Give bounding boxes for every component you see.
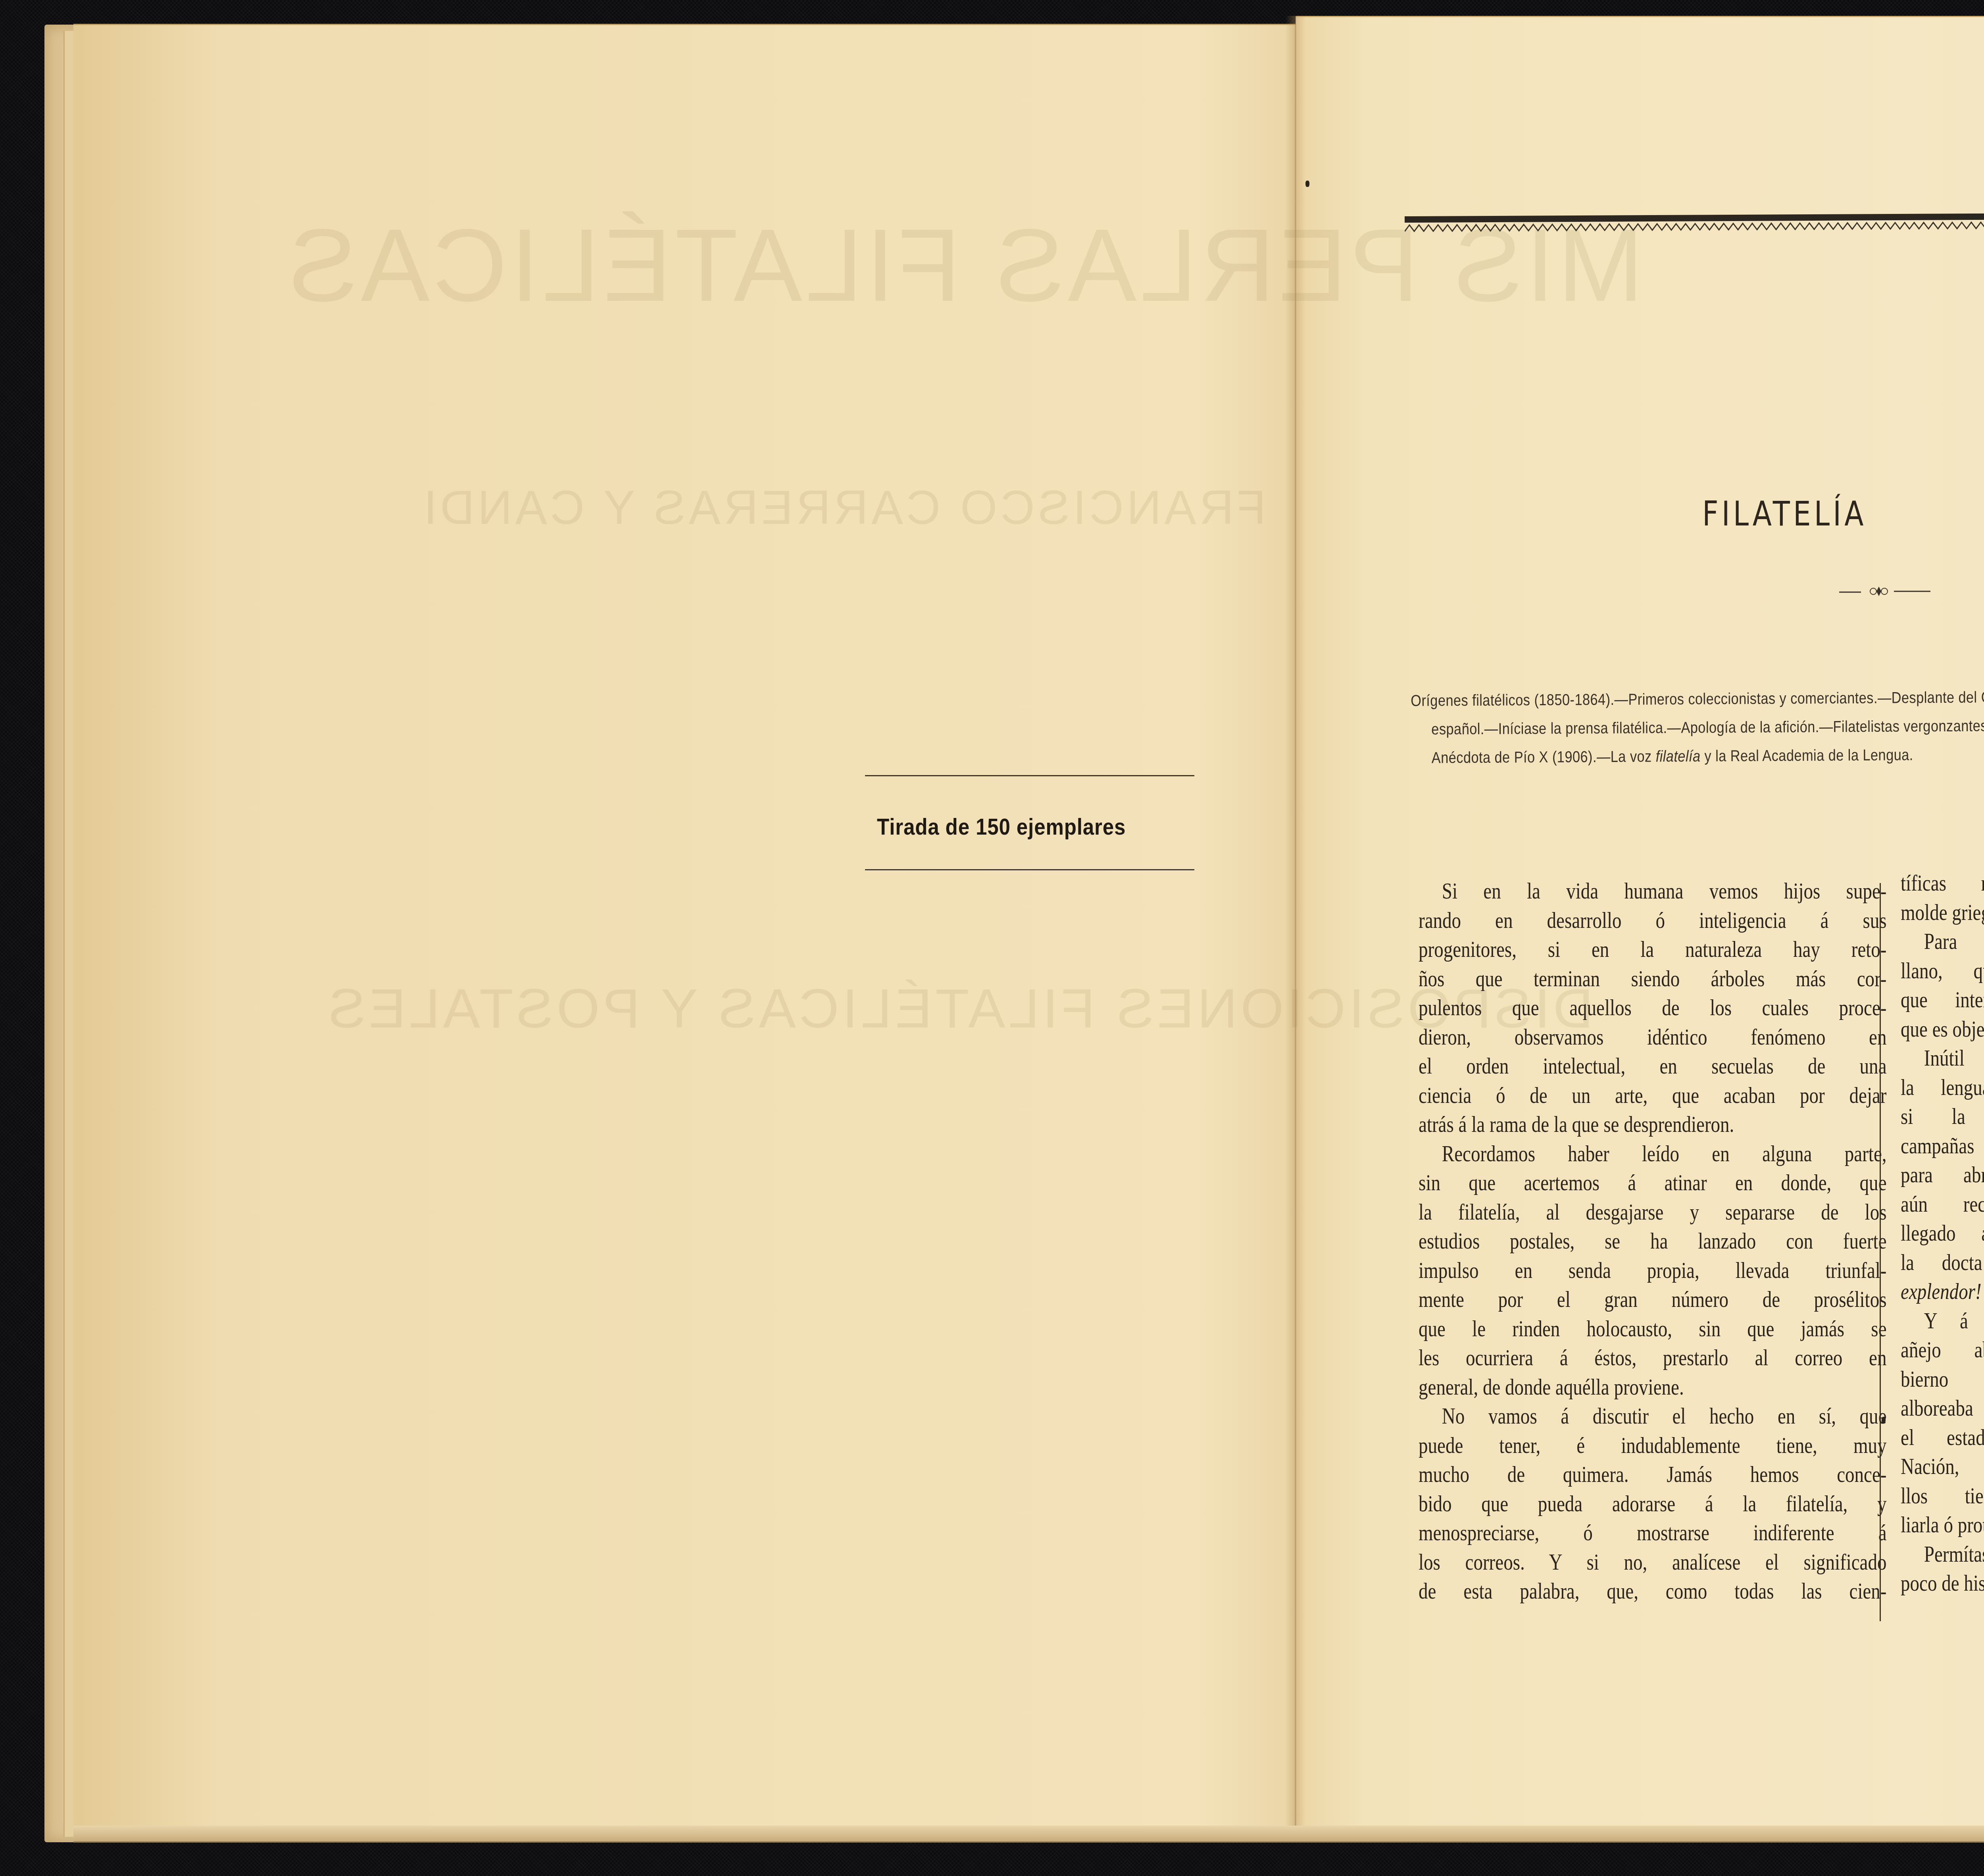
text-line: añejo abolengo. Ella mereció que el go- bbox=[1901, 1336, 1984, 1365]
text-line: Permítasenos como digresión, hacer un bbox=[1901, 1540, 1984, 1570]
column-divider bbox=[1880, 883, 1881, 1621]
text-line: Recordamos haber leído en alguna parte, bbox=[1419, 1140, 1887, 1169]
text-line: llano, que posee léxico oficial, lo prim… bbox=[1901, 957, 1984, 986]
text-line: llegado á obtener, que pise los umbrales… bbox=[1901, 1219, 1984, 1249]
text-line: si la conocen, la menosprecian. Cuantas bbox=[1901, 1103, 1984, 1132]
summary-line-2: español.—Iníciase la prensa filatélica.—… bbox=[1411, 710, 1984, 744]
text-line: mente por el gran número de prosélitos bbox=[1419, 1285, 1887, 1315]
text-line: ños que terminan siendo árboles más cor- bbox=[1419, 965, 1887, 994]
text-line: aún recabarle protección oficial, sin ha… bbox=[1901, 1190, 1984, 1220]
bottom-page-edges bbox=[73, 1826, 1984, 1843]
text-line: estudios postales, se ha lanzado con fue… bbox=[1419, 1227, 1887, 1256]
text-line: menospreciarse, ó mostrarse indiferente … bbox=[1419, 1519, 1887, 1548]
text-line: explendor! bbox=[1901, 1278, 1984, 1307]
text-line: Nación, lo que hizo el legislador, en aq… bbox=[1901, 1453, 1984, 1482]
rule-bottom bbox=[865, 869, 1194, 870]
text-line: progenitores, si en la naturaleza hay re… bbox=[1419, 935, 1887, 965]
rule-top bbox=[865, 775, 1194, 776]
ink-speck bbox=[1882, 1417, 1886, 1423]
chapter-title: FILATELÍA bbox=[1702, 494, 1963, 534]
body-column-right: tíficas modernas, ha sido vaciada en el … bbox=[1901, 869, 1984, 1599]
text-line: Inútil empresa: para los académicos de bbox=[1901, 1044, 1984, 1074]
chapter-summary: Orígenes filatélicos (1850-1864).—Primer… bbox=[1411, 681, 1984, 772]
summary-line-3: Anécdota de Pío X (1906).—La voz filatel… bbox=[1411, 739, 1984, 772]
text-line: No vamos á discutir el hecho en sí, que bbox=[1419, 1402, 1887, 1432]
text-line: que le rinden holocausto, sin que jamás … bbox=[1419, 1315, 1887, 1344]
academy-motto-italic: explendor! bbox=[1901, 1280, 1982, 1304]
summary-text: y la Real Academia de la Lengua. bbox=[1700, 746, 1913, 765]
text-line: Y á fe que la filatelía es en España de bbox=[1901, 1307, 1984, 1336]
text-line: mucho de quimera. Jamás hemos conce- bbox=[1419, 1460, 1887, 1490]
summary-line-1: Orígenes filatélicos (1850-1864).—Primer… bbox=[1411, 681, 1984, 715]
text-line: sin que acertemos á atinar en donde, que bbox=[1419, 1169, 1887, 1198]
text-line: pulentos que aquellos de los cuales proc… bbox=[1419, 994, 1887, 1023]
ink-speck bbox=[1305, 181, 1309, 187]
text-line: que es objeto de estudio. bbox=[1901, 1015, 1984, 1045]
text-line: dieron, observamos idéntico fenómeno en bbox=[1419, 1023, 1887, 1052]
text-line: tíficas modernas, ha sido vaciada en el bbox=[1901, 869, 1984, 899]
show-through-author: FRANCISCO CARRERAS Y CANDI bbox=[421, 480, 1266, 535]
text-line: bido que pueda adorarse á la filatelía, … bbox=[1419, 1490, 1887, 1519]
text-line: rando en desarrollo ó inteligencia á sus bbox=[1419, 906, 1887, 936]
print-run-label: Tirada de 150 ejemplares bbox=[877, 814, 1156, 840]
text-line: para abrirle paso en todas las esferas y bbox=[1901, 1161, 1984, 1190]
text-line: campañas se han hecho en esta Nación, bbox=[1901, 1132, 1984, 1161]
text-line: Si en la vida humana vemos hijos supe- bbox=[1419, 877, 1887, 906]
text-line: llos tiempos, fué combatirla, nunca auxi… bbox=[1901, 1482, 1984, 1511]
text-line: Para ello, en un idioma como el caste- bbox=[1901, 927, 1984, 957]
text-line: les ocurriera á éstos, prestarlo al corr… bbox=[1419, 1344, 1887, 1373]
text-line: que interesa, es buscar entre sus voces,… bbox=[1901, 986, 1984, 1015]
text-line: atrás á la rama de la que se desprendier… bbox=[1419, 1110, 1887, 1140]
summary-text: Anécdota de Pío X (1906).—La voz bbox=[1432, 748, 1656, 766]
text-line: la lengua, la filatelía les es desconoci… bbox=[1901, 1074, 1984, 1103]
text-line: poco de historia. bbox=[1901, 1569, 1984, 1599]
text-line: puede tener, é indudablemente tiene, muy bbox=[1419, 1432, 1887, 1461]
text-line: la docta corporación que fija, limpia y … bbox=[1901, 1249, 1984, 1278]
print-run-notice: Tirada de 150 ejemplares bbox=[865, 774, 1194, 873]
text-line: ciencia ó de un arte, que acaban por dej… bbox=[1419, 1081, 1887, 1111]
text-line: impulso en senda propia, llevada triunfa… bbox=[1419, 1256, 1887, 1286]
text-line: molde griego. bbox=[1901, 899, 1984, 928]
text-line: liarla ó protejerla. bbox=[1901, 1511, 1984, 1540]
text-line: de esta palabra, que, como todas las cie… bbox=[1419, 1577, 1887, 1607]
show-through-subtitle: DISPOSICIONES FILATÉLICAS Y POSTALES bbox=[325, 976, 1593, 1041]
text-line: bierno legislara á su propósito, apenas bbox=[1901, 1365, 1984, 1395]
text-line: alboreaba su existencia. Natural, que, d… bbox=[1901, 1394, 1984, 1424]
text-line: los correos. Y si no, analícese el signi… bbox=[1419, 1548, 1887, 1578]
text-line: general, de donde aquélla proviene. bbox=[1419, 1373, 1887, 1403]
fleuron-divider-icon bbox=[1839, 585, 1930, 597]
text-line: la filatelía, al desgajarse y separarse … bbox=[1419, 1198, 1887, 1228]
body-column-left: Si en la vida humana vemos hijos supe- r… bbox=[1419, 877, 1887, 1607]
text-span: la docta corporación que bbox=[1901, 1251, 1984, 1275]
summary-italic-term: filatelía bbox=[1655, 748, 1700, 766]
text-line: el orden intelectual, en secuelas de una bbox=[1419, 1052, 1887, 1081]
text-line: el estado de atraso intelectual de nuest… bbox=[1901, 1424, 1984, 1453]
